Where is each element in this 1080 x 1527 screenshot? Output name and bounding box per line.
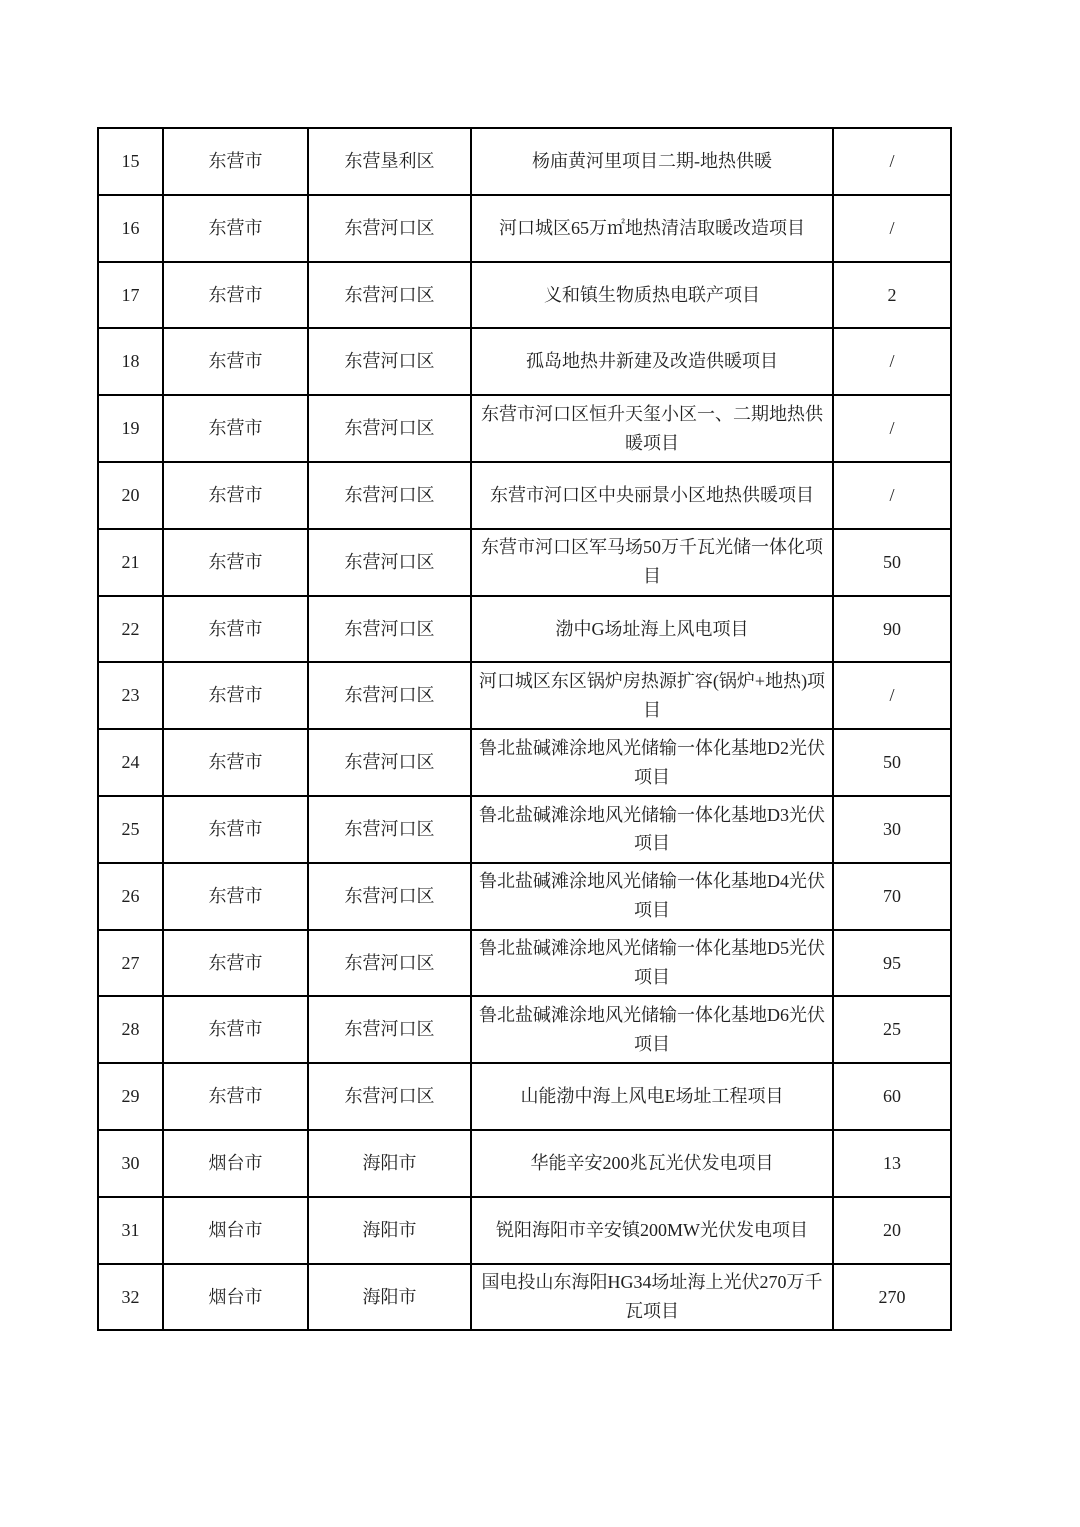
table-row: 22 东营市 东营河口区 渤中G场址海上风电项目 90	[98, 596, 951, 663]
cell-value: /	[833, 662, 951, 729]
cell-city: 东营市	[163, 863, 308, 930]
cell-district: 东营河口区	[308, 262, 471, 329]
cell-project: 鲁北盐碱滩涂地风光储输一体化基地D5光伏项目	[471, 930, 833, 997]
cell-city: 东营市	[163, 796, 308, 863]
cell-index: 24	[98, 729, 163, 796]
cell-index: 16	[98, 195, 163, 262]
cell-project: 东营市河口区中央丽景小区地热供暖项目	[471, 462, 833, 529]
cell-district: 海阳市	[308, 1264, 471, 1331]
cell-index: 28	[98, 996, 163, 1063]
cell-index: 32	[98, 1264, 163, 1331]
cell-value: 30	[833, 796, 951, 863]
cell-index: 18	[98, 328, 163, 395]
cell-district: 东营河口区	[308, 796, 471, 863]
cell-value: 2	[833, 262, 951, 329]
cell-project: 华能辛安200兆瓦光伏发电项目	[471, 1130, 833, 1197]
cell-project: 鲁北盐碱滩涂地风光储输一体化基地D4光伏项目	[471, 863, 833, 930]
cell-district: 东营河口区	[308, 930, 471, 997]
table-row: 23 东营市 东营河口区 河口城区东区锅炉房热源扩容(锅炉+地热)项目 /	[98, 662, 951, 729]
cell-district: 东营河口区	[308, 529, 471, 596]
table-row: 20 东营市 东营河口区 东营市河口区中央丽景小区地热供暖项目 /	[98, 462, 951, 529]
cell-project: 义和镇生物质热电联产项目	[471, 262, 833, 329]
cell-district: 东营河口区	[308, 863, 471, 930]
cell-project: 渤中G场址海上风电项目	[471, 596, 833, 663]
cell-district: 东营河口区	[308, 395, 471, 462]
cell-district: 东营河口区	[308, 1063, 471, 1130]
cell-index: 21	[98, 529, 163, 596]
table-row: 24 东营市 东营河口区 鲁北盐碱滩涂地风光储输一体化基地D2光伏项目 50	[98, 729, 951, 796]
cell-index: 17	[98, 262, 163, 329]
cell-city: 东营市	[163, 662, 308, 729]
cell-district: 东营河口区	[308, 195, 471, 262]
table-body: 15 东营市 东营垦利区 杨庙黄河里项目二期-地热供暖 / 16 东营市 东营河…	[98, 128, 951, 1330]
cell-value: 70	[833, 863, 951, 930]
table-row: 28 东营市 东营河口区 鲁北盐碱滩涂地风光储输一体化基地D6光伏项目 25	[98, 996, 951, 1063]
cell-index: 20	[98, 462, 163, 529]
cell-index: 31	[98, 1197, 163, 1264]
cell-city: 东营市	[163, 1063, 308, 1130]
cell-city: 东营市	[163, 328, 308, 395]
cell-city: 烟台市	[163, 1264, 308, 1331]
cell-value: 13	[833, 1130, 951, 1197]
cell-project: 鲁北盐碱滩涂地风光储输一体化基地D2光伏项目	[471, 729, 833, 796]
cell-city: 烟台市	[163, 1130, 308, 1197]
table-row: 30 烟台市 海阳市 华能辛安200兆瓦光伏发电项目 13	[98, 1130, 951, 1197]
cell-city: 东营市	[163, 996, 308, 1063]
cell-value: 95	[833, 930, 951, 997]
cell-index: 26	[98, 863, 163, 930]
cell-project: 锐阳海阳市辛安镇200MW光伏发电项目	[471, 1197, 833, 1264]
table-row: 19 东营市 东营河口区 东营市河口区恒升天玺小区一、二期地热供暖项目 /	[98, 395, 951, 462]
table-row: 32 烟台市 海阳市 国电投山东海阳HG34场址海上光伏270万千瓦项目 270	[98, 1264, 951, 1331]
cell-district: 东营河口区	[308, 328, 471, 395]
cell-city: 东营市	[163, 529, 308, 596]
cell-city: 东营市	[163, 462, 308, 529]
cell-value: 90	[833, 596, 951, 663]
cell-district: 东营河口区	[308, 662, 471, 729]
cell-project: 河口城区东区锅炉房热源扩容(锅炉+地热)项目	[471, 662, 833, 729]
cell-city: 东营市	[163, 395, 308, 462]
table-row: 16 东营市 东营河口区 河口城区65万㎡地热清洁取暖改造项目 /	[98, 195, 951, 262]
table-row: 31 烟台市 海阳市 锐阳海阳市辛安镇200MW光伏发电项目 20	[98, 1197, 951, 1264]
table-row: 18 东营市 东营河口区 孤岛地热井新建及改造供暖项目 /	[98, 328, 951, 395]
cell-index: 30	[98, 1130, 163, 1197]
table-row: 25 东营市 东营河口区 鲁北盐碱滩涂地风光储输一体化基地D3光伏项目 30	[98, 796, 951, 863]
table-row: 27 东营市 东营河口区 鲁北盐碱滩涂地风光储输一体化基地D5光伏项目 95	[98, 930, 951, 997]
cell-project: 孤岛地热井新建及改造供暖项目	[471, 328, 833, 395]
cell-project: 东营市河口区军马场50万千瓦光储一体化项目	[471, 529, 833, 596]
cell-project: 鲁北盐碱滩涂地风光储输一体化基地D6光伏项目	[471, 996, 833, 1063]
cell-district: 东营垦利区	[308, 128, 471, 195]
cell-district: 东营河口区	[308, 729, 471, 796]
cell-district: 东营河口区	[308, 996, 471, 1063]
cell-value: /	[833, 395, 951, 462]
cell-index: 22	[98, 596, 163, 663]
cell-project: 东营市河口区恒升天玺小区一、二期地热供暖项目	[471, 395, 833, 462]
cell-value: 50	[833, 529, 951, 596]
table-row: 21 东营市 东营河口区 东营市河口区军马场50万千瓦光储一体化项目 50	[98, 529, 951, 596]
cell-value: 50	[833, 729, 951, 796]
cell-city: 东营市	[163, 262, 308, 329]
cell-index: 25	[98, 796, 163, 863]
cell-project: 山能渤中海上风电E场址工程项目	[471, 1063, 833, 1130]
cell-project: 河口城区65万㎡地热清洁取暖改造项目	[471, 195, 833, 262]
table-row: 17 东营市 东营河口区 义和镇生物质热电联产项目 2	[98, 262, 951, 329]
cell-index: 27	[98, 930, 163, 997]
cell-index: 23	[98, 662, 163, 729]
table-row: 15 东营市 东营垦利区 杨庙黄河里项目二期-地热供暖 /	[98, 128, 951, 195]
cell-value: /	[833, 462, 951, 529]
cell-city: 东营市	[163, 128, 308, 195]
cell-project: 国电投山东海阳HG34场址海上光伏270万千瓦项目	[471, 1264, 833, 1331]
cell-project: 杨庙黄河里项目二期-地热供暖	[471, 128, 833, 195]
document-page: 15 东营市 东营垦利区 杨庙黄河里项目二期-地热供暖 / 16 东营市 东营河…	[0, 0, 1080, 1527]
table-row: 29 东营市 东营河口区 山能渤中海上风电E场址工程项目 60	[98, 1063, 951, 1130]
cell-index: 19	[98, 395, 163, 462]
cell-value: 60	[833, 1063, 951, 1130]
cell-value: 270	[833, 1264, 951, 1331]
cell-index: 29	[98, 1063, 163, 1130]
cell-district: 东营河口区	[308, 596, 471, 663]
cell-index: 15	[98, 128, 163, 195]
cell-city: 烟台市	[163, 1197, 308, 1264]
cell-city: 东营市	[163, 596, 308, 663]
cell-value: 25	[833, 996, 951, 1063]
cell-district: 海阳市	[308, 1197, 471, 1264]
project-table: 15 东营市 东营垦利区 杨庙黄河里项目二期-地热供暖 / 16 东营市 东营河…	[97, 127, 952, 1331]
cell-value: /	[833, 128, 951, 195]
cell-value: 20	[833, 1197, 951, 1264]
cell-district: 东营河口区	[308, 462, 471, 529]
cell-city: 东营市	[163, 930, 308, 997]
cell-city: 东营市	[163, 195, 308, 262]
cell-value: /	[833, 328, 951, 395]
cell-project: 鲁北盐碱滩涂地风光储输一体化基地D3光伏项目	[471, 796, 833, 863]
cell-city: 东营市	[163, 729, 308, 796]
cell-value: /	[833, 195, 951, 262]
table-row: 26 东营市 东营河口区 鲁北盐碱滩涂地风光储输一体化基地D4光伏项目 70	[98, 863, 951, 930]
cell-district: 海阳市	[308, 1130, 471, 1197]
